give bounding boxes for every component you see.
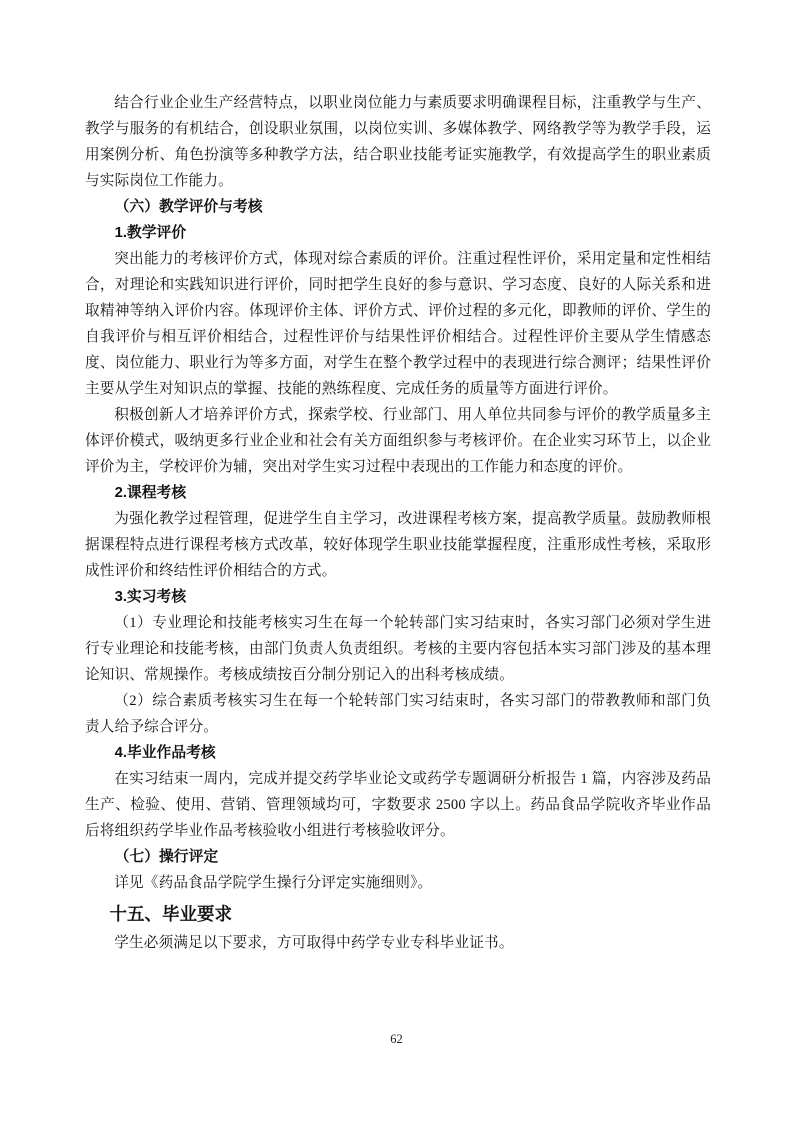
page-content: 结合行业企业生产经营特点，以职业岗位能力与素质要求明确课程目标，注重教学与生产、… xyxy=(85,90,711,956)
paragraph-evaluation-method: 突出能力的考核评价方式，体现对综合素质的评价。注重过程性评价，采用定量和定性相结… xyxy=(85,246,711,402)
paragraph-innovation-evaluation: 积极创新人才培养评价方式，探索学校、行业部门、用人单位共同参与评价的教学质量多主… xyxy=(85,402,711,480)
heading-2-course-assessment: 2.课程考核 xyxy=(85,480,711,506)
heading-4-graduation-work-assessment: 4.毕业作品考核 xyxy=(85,740,711,766)
heading-section-7-conduct-rating: （七）操行评定 xyxy=(85,844,711,870)
heading-15-graduation-requirements: 十五、毕业要求 xyxy=(85,899,711,929)
heading-section-6-evaluation: （六）教学评价与考核 xyxy=(85,194,711,220)
paragraph-teaching-methods: 结合行业企业生产经营特点，以职业岗位能力与素质要求明确课程目标，注重教学与生产、… xyxy=(85,90,711,194)
paragraph-graduation-requirement-intro: 学生必须满足以下要求，方可取得中药学专业专科毕业证书。 xyxy=(85,930,711,956)
paragraph-internship-item-1: （1）专业理论和技能考核实习生在每一个轮转部门实习结束时，各实习部门必须对学生进… xyxy=(85,610,711,688)
heading-1-teaching-evaluation: 1.教学评价 xyxy=(85,220,711,246)
page-number: 62 xyxy=(0,1032,793,1047)
heading-3-internship-assessment: 3.实习考核 xyxy=(85,584,711,610)
document-page: 结合行业企业生产经营特点，以职业岗位能力与素质要求明确课程目标，注重教学与生产、… xyxy=(0,0,793,1122)
paragraph-course-assessment: 为强化教学过程管理，促进学生自主学习，改进课程考核方案，提高教学质量。鼓励教师根… xyxy=(85,506,711,584)
paragraph-internship-item-2: （2）综合素质考核实习生在每一个轮转部门实习结束时，各实习部门的带教教师和部门负… xyxy=(85,688,711,740)
paragraph-conduct-rating-reference: 详见《药品食品学院学生操行分评定实施细则》。 xyxy=(85,870,711,896)
paragraph-graduation-work: 在实习结束一周内，完成并提交药学毕业论文或药学专题调研分析报告 1 篇，内容涉及… xyxy=(85,766,711,844)
